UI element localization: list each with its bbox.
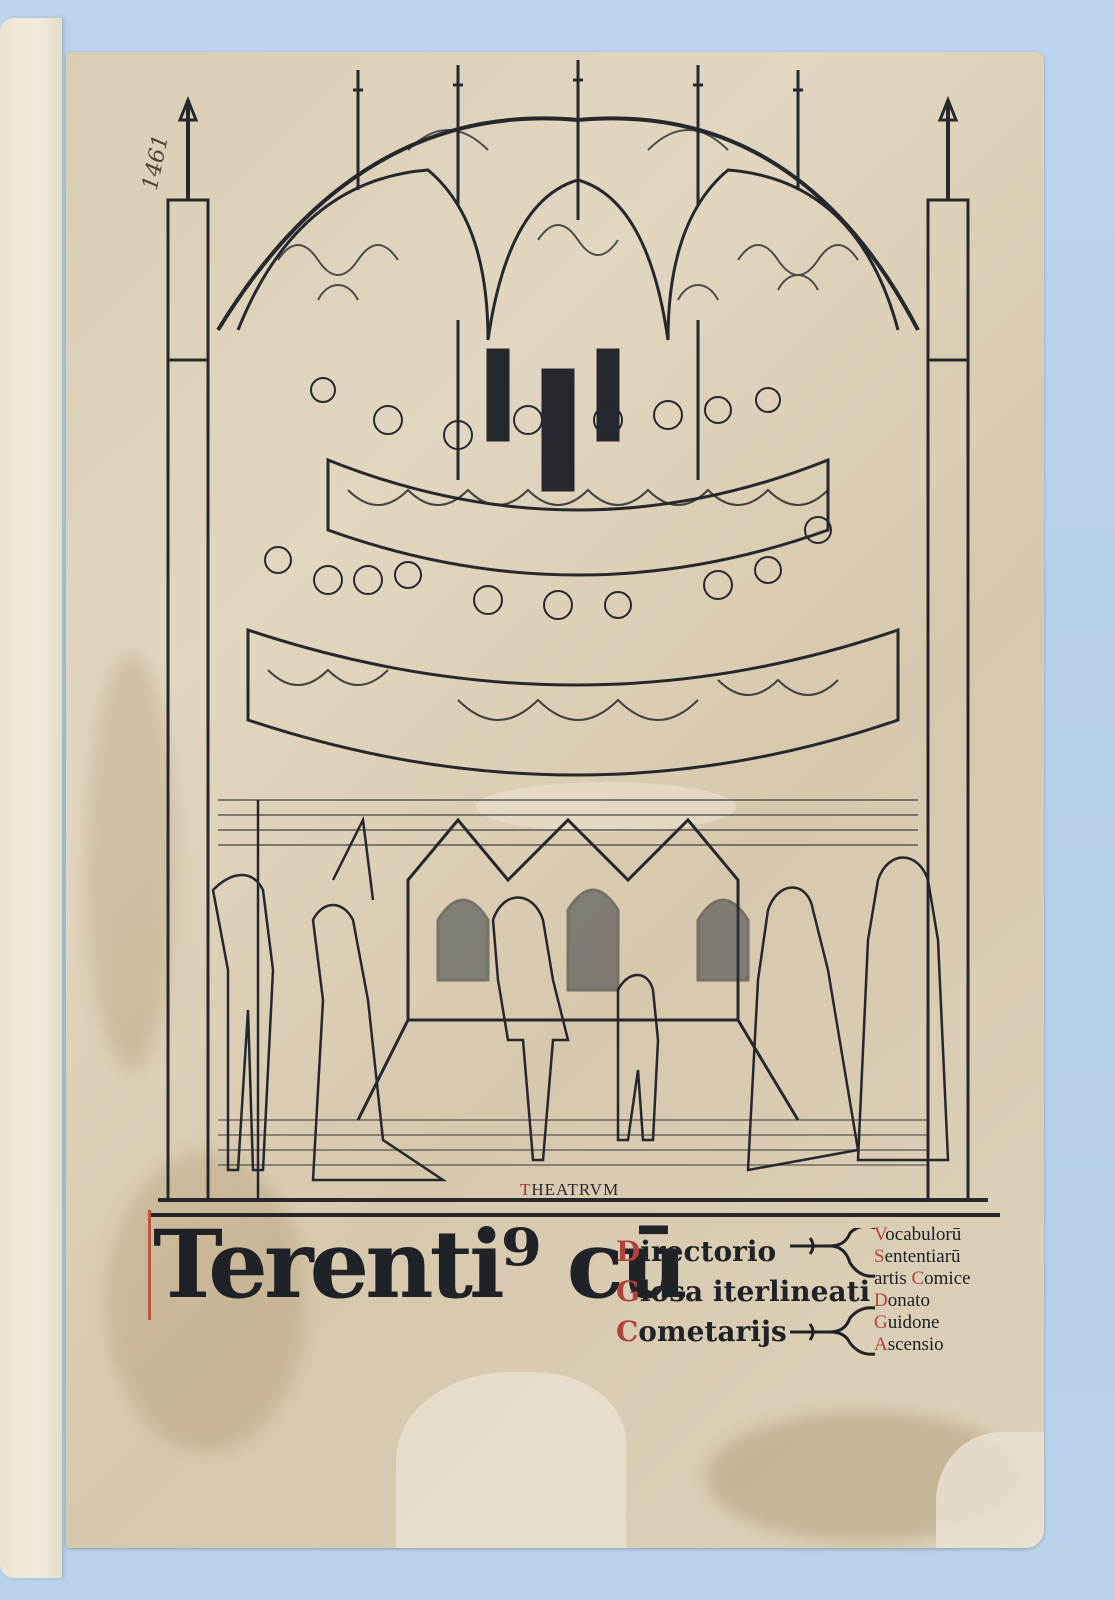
bracket-connectors [790, 1228, 880, 1358]
paper-loss [396, 1372, 626, 1548]
left-pillar [168, 200, 208, 1200]
right-pillar [928, 200, 968, 1200]
woodcut-illustration [158, 60, 988, 1210]
list-item: artis Comice [874, 1268, 971, 1290]
book-title: Terenti⁹ cū [148, 1218, 684, 1312]
woodcut-caption: THEATRVM [520, 1180, 619, 1200]
list-item: Guidone [874, 1312, 971, 1334]
flyleaf-edge [0, 18, 62, 1578]
list-item: Vocabulorū [874, 1224, 971, 1246]
title-initial: T [148, 1210, 208, 1320]
list-item: Sententiarū [874, 1246, 971, 1268]
list-item: Ascensio [874, 1334, 971, 1356]
contents-list-right: Vocabulorū Sententiarū artis Comice Dona… [874, 1224, 971, 1356]
list-item: Donato [874, 1290, 971, 1312]
title-text: erenti⁹ cū [208, 1210, 684, 1320]
